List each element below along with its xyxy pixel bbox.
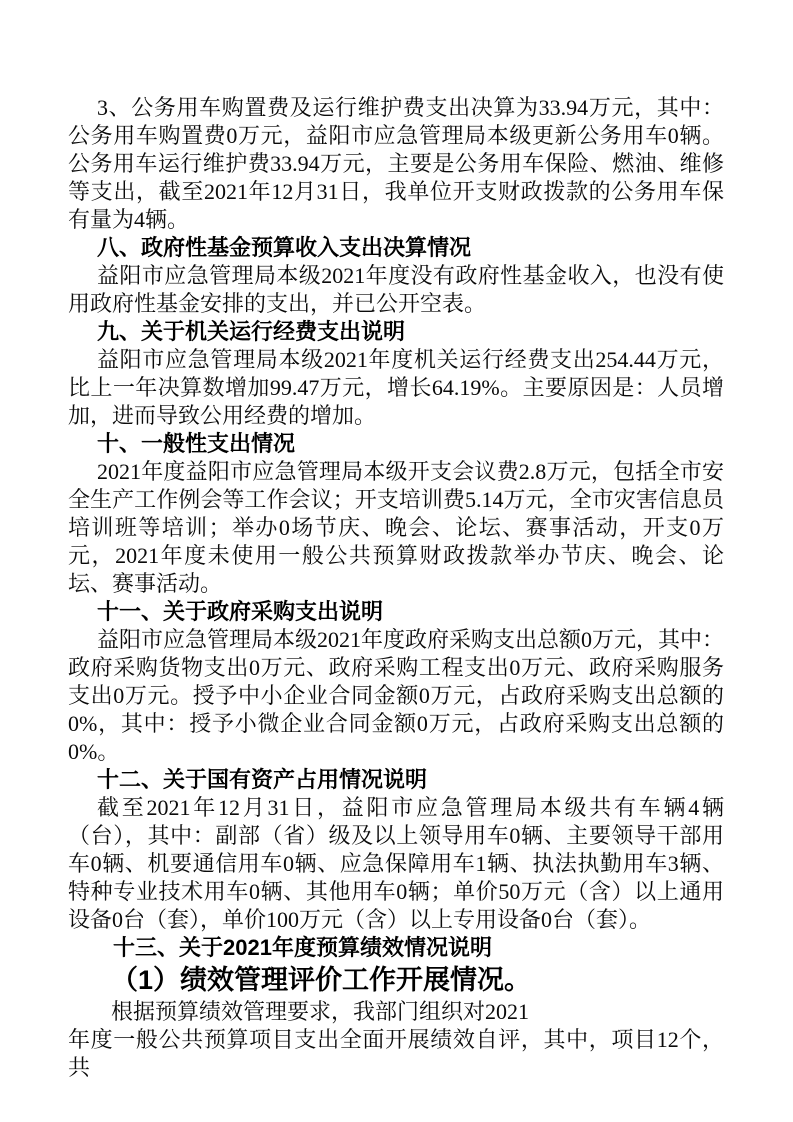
heading-section-12-state-assets: 十二、关于国有资产占用情况说明	[68, 766, 724, 794]
paragraph-performance-line2: 年度一般公共预算项目支出全面开展绩效自评，其中，项目12个，共	[68, 1026, 724, 1082]
paragraph-gov-fund: 益阳市应急管理局本级2021年度没有政府性基金收入，也没有使用政府性基金安排的支…	[68, 262, 724, 318]
heading-section-8-gov-fund-budget: 八、政府性基金预算收入支出决算情况	[68, 234, 724, 262]
paragraph-procurement: 益阳市应急管理局本级2021年度政府采购支出总额0万元，其中：政府采购货物支出0…	[68, 626, 724, 766]
paragraph-performance-line1: 根据预算绩效管理要求，我部门组织对2021	[68, 998, 724, 1026]
paragraph-state-assets: 截至2021年12月31日，益阳市应急管理局本级共有车辆4辆（台），其中：副部（…	[68, 794, 724, 934]
heading-section-9-operating-cost: 九、关于机关运行经费支出说明	[68, 318, 724, 346]
heading-section-13-budget-performance: 十三、关于2021年度预算绩效情况说明	[68, 934, 724, 962]
heading-section-13-sub1-performance-evaluation: （1）绩效管理评价工作开展情况。	[68, 962, 724, 998]
paragraph-general-expense: 2021年度益阳市应急管理局本级开支会议费2.8万元，包括全市安全生产工作例会等…	[68, 458, 724, 598]
heading-section-11-procurement: 十一、关于政府采购支出说明	[68, 598, 724, 626]
heading-section-10-general-expense: 十、一般性支出情况	[68, 430, 724, 458]
paragraph-vehicle-expense: 3、公务用车购置费及运行维护费支出决算为33.94万元，其中：公务用车购置费0万…	[68, 94, 724, 234]
document-page: 3、公务用车购置费及运行维护费支出决算为33.94万元，其中：公务用车购置费0万…	[0, 0, 793, 1122]
paragraph-operating-cost: 益阳市应急管理局本级2021年度机关运行经费支出254.44万元，比上一年决算数…	[68, 346, 724, 430]
